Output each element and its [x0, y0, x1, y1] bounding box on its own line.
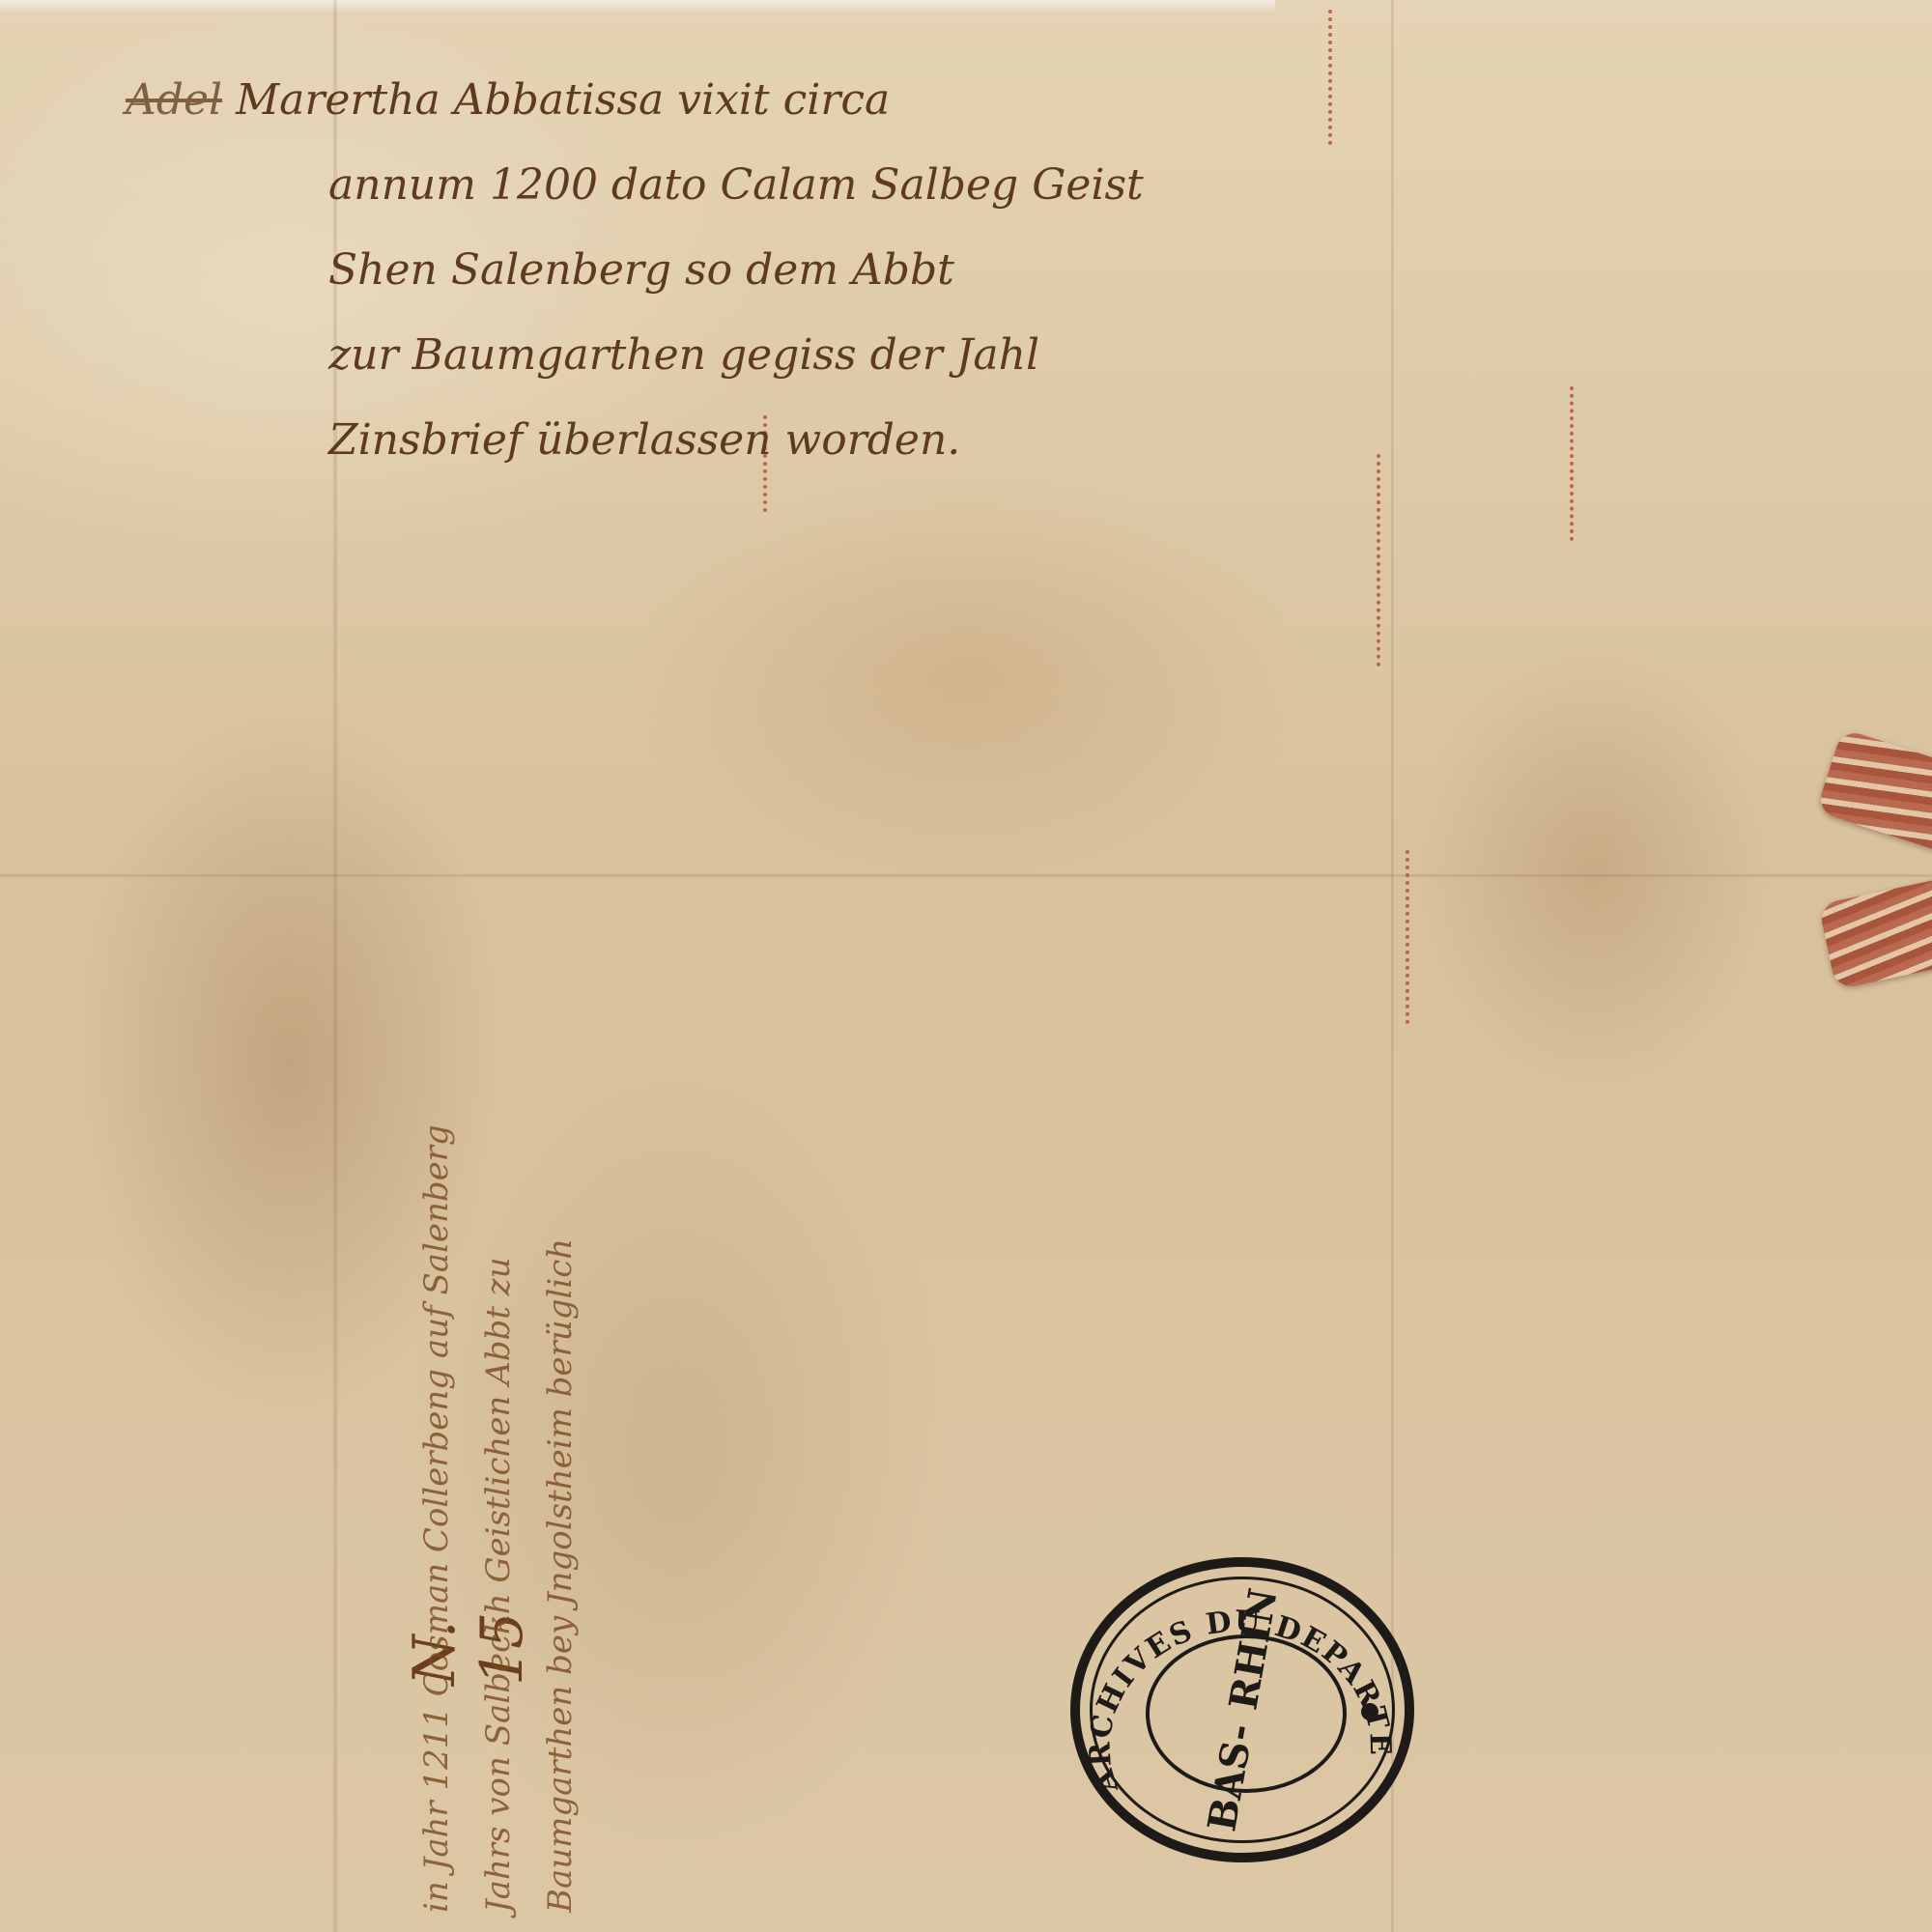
stamp-ornament-icon	[1361, 1703, 1378, 1720]
note-line: zur Baumgarthen gegiss der Jahl	[126, 313, 1188, 398]
note-line: in Jahr 1211 Cosman Collerbeng auf Salen…	[406, 1043, 468, 1913]
note-line: Zinsbrief überlassen worden.	[126, 398, 1188, 483]
note-line: Adel Marertha Abbatissa vixit circa	[126, 58, 1188, 143]
archive-stamp: ARCHIVES DU DEPARTEMENT BAS- RHIN	[1070, 1557, 1414, 1862]
red-wax-stain	[1328, 10, 1332, 145]
torn-top-edge	[0, 0, 1275, 14]
red-wax-stain	[1406, 850, 1409, 1024]
note-line: Shen Salenberg so dem Abbt	[126, 228, 1188, 313]
archival-note-vertical: in Jahr 1211 Cosman Collerbeng auf Salen…	[406, 1043, 734, 1913]
fold-line-horizontal	[0, 874, 1932, 877]
note-line-text: Marertha Abbatissa vixit circa	[236, 75, 890, 125]
red-wax-stain	[1570, 386, 1574, 541]
struck-word: Adel	[126, 75, 222, 125]
archival-note-top: Adel Marertha Abbatissa vixit circa annu…	[126, 58, 1188, 483]
note-line: Baumgarthen bey Jngolstheim berüglich	[529, 1043, 591, 1913]
red-wax-stain	[1377, 454, 1380, 667]
note-line: Jahrs von Salbeckh Geistlichen Abbt zu	[468, 1043, 529, 1913]
note-line: annum 1200 dato Calam Salbeg Geist	[126, 143, 1188, 228]
